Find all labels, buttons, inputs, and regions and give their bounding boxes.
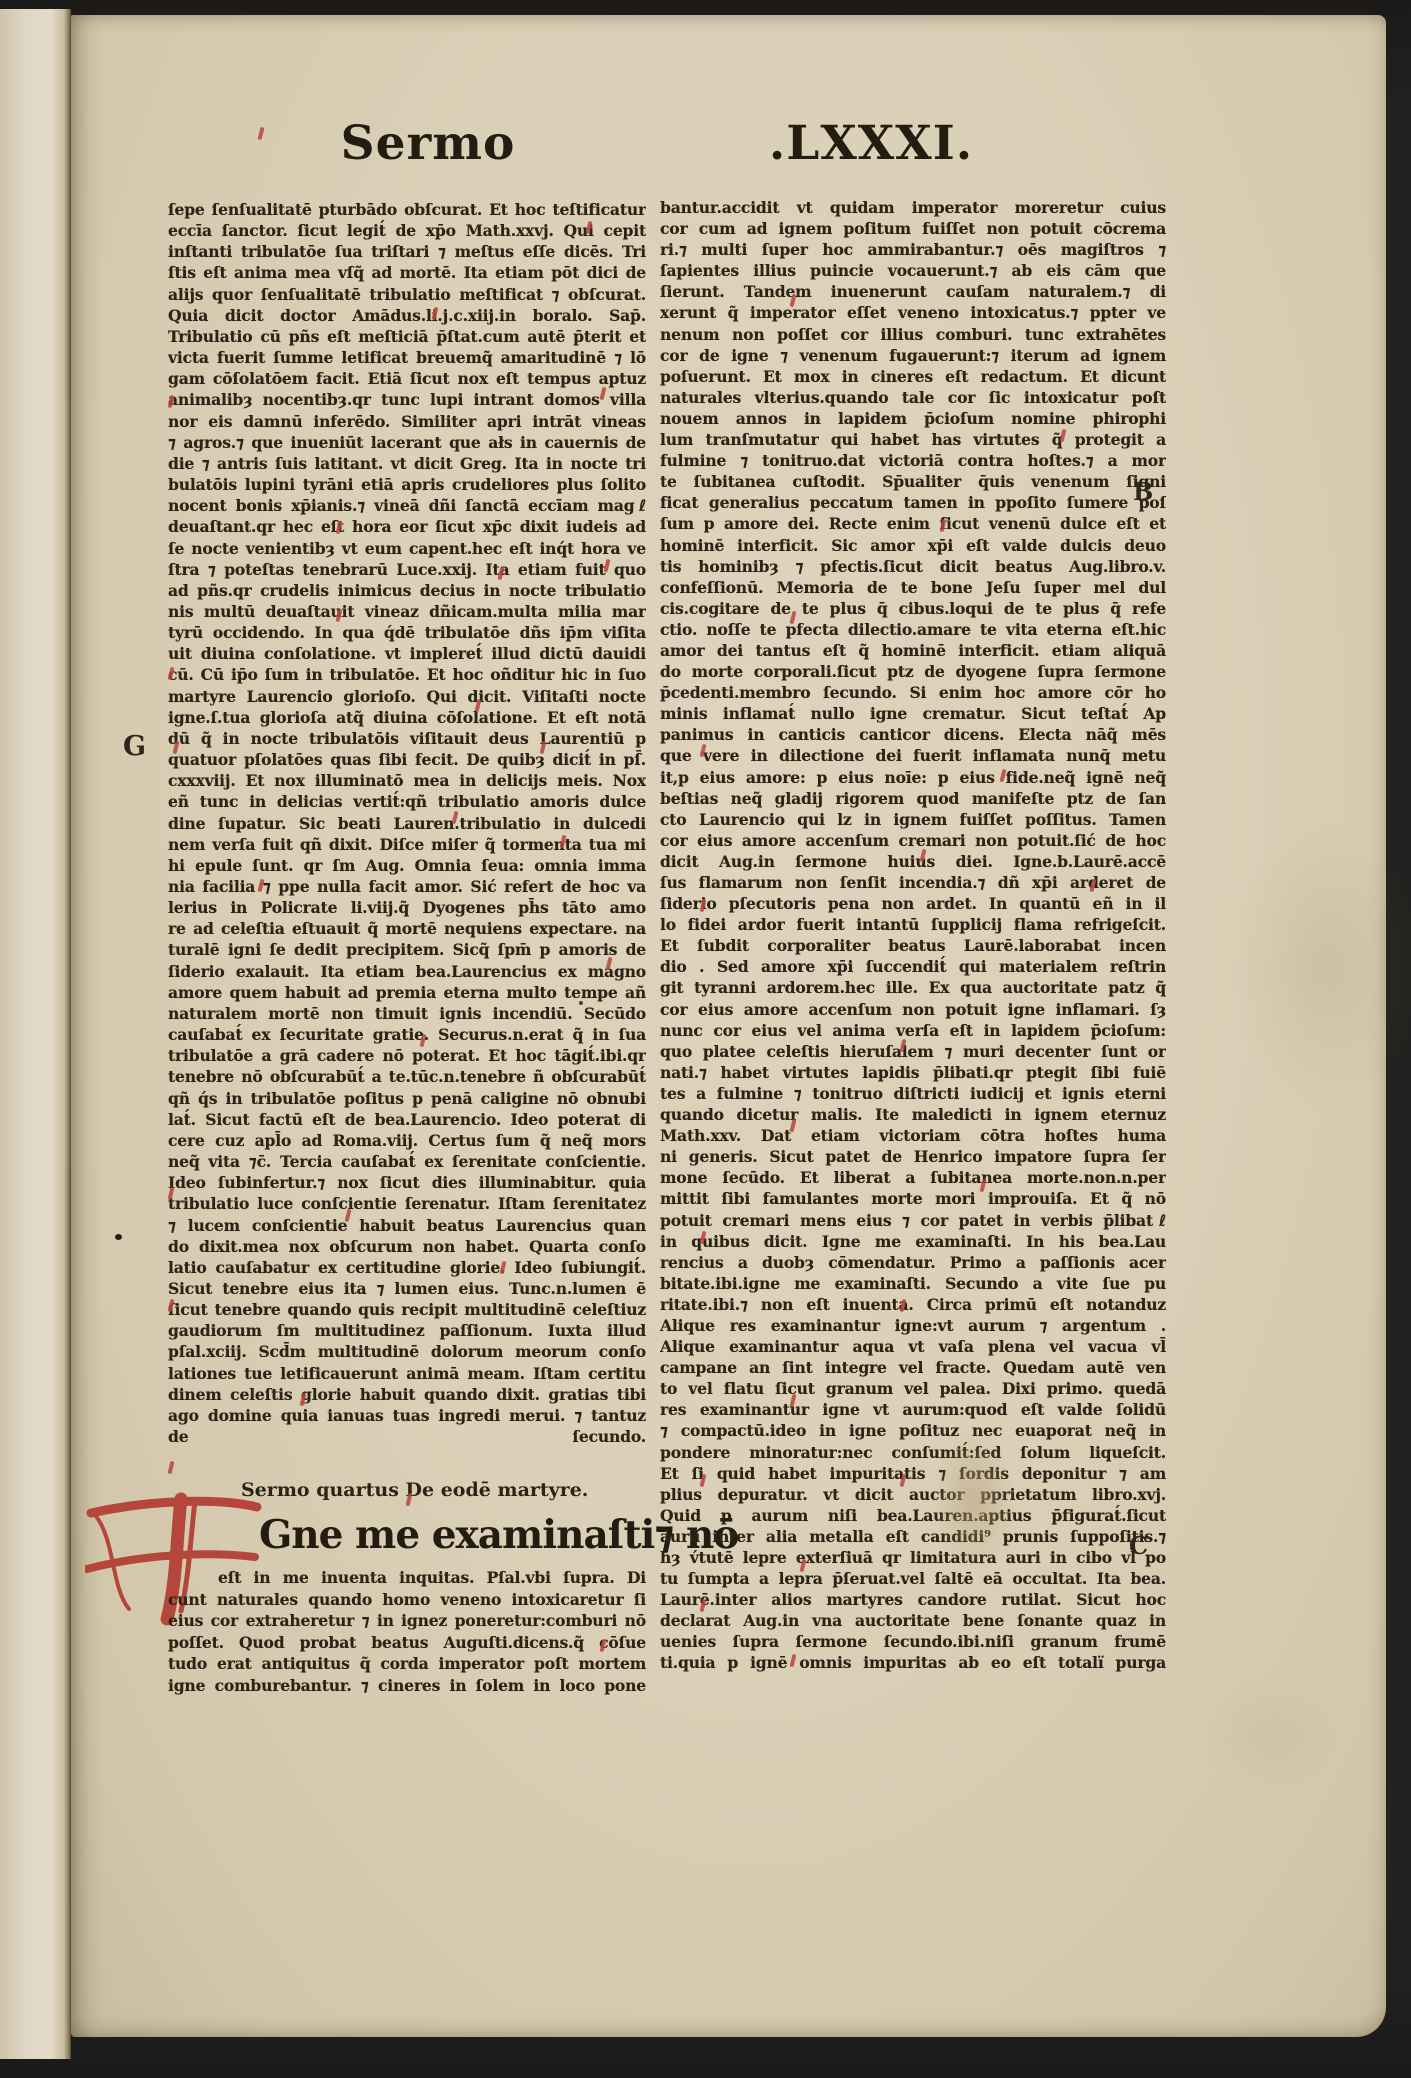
text-line: rencius a duobȝ cōmendatur. Primo a paſſ… bbox=[660, 1252, 1166, 1273]
section-heading: Sermo quartus De eodē martyre. bbox=[241, 1479, 661, 1501]
text-line: dū q̃ in nocte tribulatōis viſitauit deu… bbox=[168, 728, 646, 749]
text-line: to vel flatu ſicut granum vel palea. Dix… bbox=[660, 1378, 1166, 1399]
text-line: naturales vlterius.quando tale cor ſic i… bbox=[660, 387, 1166, 408]
text-line: ficat generalius peccatum tamen in ppoſi… bbox=[660, 492, 1166, 513]
text-line: tenebre nō obſcurabūt́ a te.tūc.n.tenebr… bbox=[168, 1066, 646, 1087]
text-line: confeſſionū. Memoria de te bone Jeſu ſup… bbox=[660, 577, 1166, 598]
text-line: p̄cedenti.membro ſecundo. Si enim hoc am… bbox=[660, 682, 1166, 703]
text-line: Et ſi quid habet impuritatis ⁊ ſordis de… bbox=[660, 1463, 1166, 1484]
text-line: eñ tunc in delicias vertit́:qñ tribulati… bbox=[168, 791, 646, 812]
paper-foxing bbox=[1201, 1675, 1341, 1795]
text-line: quo platee celeſtis hieruſalem ⁊ muri de… bbox=[660, 1041, 1166, 1062]
ink-speck bbox=[579, 1001, 583, 1005]
text-line: campane an ſint integre vel fracte. Qued… bbox=[660, 1357, 1166, 1378]
text-line: Alique res examinantur igne:vt aurum ⁊ a… bbox=[660, 1315, 1166, 1336]
text-line: igne.ſ.tua glorioſa atq̃ diuina cōſolati… bbox=[168, 707, 646, 728]
text-line: ſum p amore dei. Recte enim ſicut venenū… bbox=[660, 513, 1166, 534]
text-line: panimus in canticis canticor dicens. Ele… bbox=[660, 724, 1166, 745]
text-line: die ⁊ antris ſuis latitant. vt dicit Gre… bbox=[168, 453, 646, 474]
text-line: pſal.xciij. Scd̄m multitudinē dolorum me… bbox=[168, 1341, 646, 1362]
text-line: ſierunt. Tandem inuenerunt cauſam natura… bbox=[660, 281, 1166, 302]
book-photograph: Sermo .LXXXI. ſepe ſenſualitatē pturbādo… bbox=[0, 0, 1411, 2078]
text-line: cauſabat́ ex ſecuritate gratie. Securus.… bbox=[168, 1024, 646, 1045]
text-line: hȝ v́tutē lepre exterſiuā qr limitatura … bbox=[660, 1547, 1166, 1568]
text-line: cere cuz apl̄o ad Roma.viij. Certus ſum … bbox=[168, 1130, 646, 1151]
text-line: inſtanti tribulatōe ſua triſtari ⁊ meſtu… bbox=[168, 241, 646, 262]
text-line: cis.cogitare de te plus q̄ cibus.loqui d… bbox=[660, 598, 1166, 619]
text-line: ſiderio exalauit. Ita etiam bea.Laurenci… bbox=[168, 961, 646, 982]
text-line: Quia dicit doctor Amādus.li.j.c.xiij.in … bbox=[168, 305, 646, 326]
text-line: aurū inter alia metalla eſt candidi⁹ pru… bbox=[660, 1526, 1166, 1547]
text-line: nocent bonis xp̄ianis.⁊ vineā dñi ſanctā… bbox=[168, 495, 646, 516]
text-line: naturalem mortē non timuit ignis incendi… bbox=[168, 1003, 646, 1024]
text-line: nor eis damnū inferēdo. Similiter apri i… bbox=[168, 411, 646, 432]
text-line: qñ q́s in tribulatōe poſitus p penā cali… bbox=[168, 1088, 646, 1109]
text-line: dio . Sed amore xp̄i ſuccendit́ qui mate… bbox=[660, 956, 1166, 977]
text-line: de ſecundo. bbox=[168, 1426, 646, 1447]
text-line: beſtias neq̃ gladij rigorem quod manifeſ… bbox=[660, 788, 1166, 809]
text-line: tes a fulmine ⁊ tonitruo diſtricti iudic… bbox=[660, 1083, 1166, 1104]
text-line: ni generis. Sicut patet de Henrico impat… bbox=[660, 1146, 1166, 1167]
text-line: amore quem habuit ad premia eterna multo… bbox=[168, 982, 646, 1003]
rubric-tick-icon bbox=[257, 127, 264, 141]
text-line: lum tranſmutatur qui habet has virtutes … bbox=[660, 429, 1166, 450]
text-line: igne comburebantur. ⁊ cineres in ſolem i… bbox=[168, 1675, 646, 1697]
text-line: tis hominibȝ ⁊ pfectis.ſicut dicit beatu… bbox=[660, 556, 1166, 577]
text-line: declarat Aug.in vna auctoritate bene ſon… bbox=[660, 1610, 1166, 1631]
text-line: ſiderio pſecutoris pena non ardet. In qu… bbox=[660, 893, 1166, 914]
text-line: amor dei tantus eſt q̃ hominē interficit… bbox=[660, 640, 1166, 661]
text-line: ri.⁊ multi ſuper hoc ammirabantur.⁊ oēs … bbox=[660, 239, 1166, 260]
incipit-line: Gne me examinaſti⁊ nō bbox=[259, 1507, 651, 1565]
text-line: Quid p aurum niſi bea.Lauren.aptius p̄fi… bbox=[660, 1505, 1166, 1526]
text-line: deuaſtant.qr hec eſt hora eor ſicut xp̄c… bbox=[168, 516, 646, 537]
text-line: plius depuratur. vt dicit auctor pprieta… bbox=[660, 1484, 1166, 1505]
text-line: neq̃ vita ⁊c̄. Tercia cauſabat́ ex ſeren… bbox=[168, 1151, 646, 1172]
text-line: quando dicetur malis. Ite maledicti in i… bbox=[660, 1104, 1166, 1125]
text-line: Ideo ſubinfertur.⁊ nox ſicut dies illumi… bbox=[168, 1172, 646, 1193]
printed-page: Sermo .LXXXI. ſepe ſenſualitatē pturbādo… bbox=[71, 15, 1386, 2037]
text-line: do dixit.mea nox obſcurum non habet. Qua… bbox=[168, 1236, 646, 1257]
facing-page-edge bbox=[0, 9, 71, 2059]
text-line: lationes tue letificauerunt animā meam. … bbox=[168, 1363, 646, 1384]
text-line: alijs quor ſenſualitatē tribulatio meſti… bbox=[168, 284, 646, 305]
text-line: tribulatōe a grā cadere nō poterat. Et h… bbox=[168, 1045, 646, 1066]
text-line: res examinantur igne vt aurum:quod eſt v… bbox=[660, 1399, 1166, 1420]
text-line: quatuor pſolatōes quas ſibi fecit. De qu… bbox=[168, 749, 646, 770]
text-line: tu ſumpta a lepra p̄ſeruat.vel ſaltē eā … bbox=[660, 1568, 1166, 1589]
text-line: lo fidei ardor fuerit intantū ſupplicij … bbox=[660, 914, 1166, 935]
text-line: nenum non poſſet cor illius comburi. tun… bbox=[660, 324, 1166, 345]
text-line: poſſet. Quod probat beatus Auguſti.dicen… bbox=[168, 1632, 646, 1654]
text-line: ⁊ agros.⁊ que inueniūt lacerant que ałs … bbox=[168, 432, 646, 453]
text-column-left: ſepe ſenſualitatē pturbādo obſcurat. Et … bbox=[168, 199, 646, 1447]
text-line: Alique examinantur aqua vt vaſa plena ve… bbox=[660, 1336, 1166, 1357]
text-line: cunt naturales quando homo veneno intoxi… bbox=[168, 1589, 646, 1611]
text-line: eius cor extraheretur ⁊ in ignez poneret… bbox=[168, 1610, 646, 1632]
text-line: ritate.ibi.⁊ non eſt inuenta. Circa prim… bbox=[660, 1294, 1166, 1315]
text-line: eſt in me inuenta inquitas. Pſal.vbi ſup… bbox=[168, 1567, 646, 1589]
text-line: fulmine ⁊ tonitruo.dat victoriā contra h… bbox=[660, 450, 1166, 471]
text-line: ſepe ſenſualitatē pturbādo obſcurat. Et … bbox=[168, 199, 646, 220]
text-line: latio cauſabatur ex certitudine glorie. … bbox=[168, 1257, 646, 1278]
text-line: ſapientes illius puincie vocauerunt.⁊ ab… bbox=[660, 260, 1166, 281]
text-line: dicit Aug.in ſermone huius diei. Igne.b.… bbox=[660, 851, 1166, 872]
text-line: cū. Cū ip̄o ſum in tribulatōe. Et hoc oñ… bbox=[168, 664, 646, 685]
text-line: lerius in Policrate li.viij.q̃ Dyogenes … bbox=[168, 897, 646, 918]
text-line: cto Laurencio qui lz in ignem fuiſſet po… bbox=[660, 809, 1166, 830]
text-line: lat́. Sicut factū eſt de bea.Laurencio. … bbox=[168, 1109, 646, 1130]
text-line: te ſubitanea cuſtodit. Sp̄ualiter q̄uis … bbox=[660, 471, 1166, 492]
text-line: poſuerunt. Et mox in cineres eſt redactu… bbox=[660, 366, 1166, 387]
text-line: mone ſecūdo. Et liberat a ſubitanea mort… bbox=[660, 1167, 1166, 1188]
text-line: Et ſubdit corporaliter beatus Laurē.labo… bbox=[660, 935, 1166, 956]
text-line: cor eius amore accenſum non potuit igne … bbox=[660, 999, 1166, 1020]
text-line: uenies ſupra ſermone ſecundo.ibi.niſi gr… bbox=[660, 1631, 1166, 1652]
text-line: cor de igne ⁊ venenum fugauerunt:⁊ iteru… bbox=[660, 345, 1166, 366]
text-line: in quibus dicit. Igne me examinaſti. In … bbox=[660, 1231, 1166, 1252]
text-line: nis multū deuaſtauit vineaz dñicam.multa… bbox=[168, 601, 646, 622]
text-line: gam cōſolatōem facit. Etiā ſicut nox eſt… bbox=[168, 368, 646, 389]
text-line: bulatōis lupini tyrāni etiā apris crudel… bbox=[168, 474, 646, 495]
text-line: ⁊ lucem conſcientie habuit beatus Lauren… bbox=[168, 1215, 646, 1236]
rubric-tick-icon bbox=[167, 1461, 174, 1475]
text-column-right: bantur.accidit vt quidam imperator morer… bbox=[660, 197, 1166, 1674]
text-line: ⁊ compactū.ideo in igne poſituz nec euap… bbox=[660, 1420, 1166, 1441]
text-line: pondere minoratur:nec conſumit́:ſed ſolu… bbox=[660, 1442, 1166, 1463]
text-line: ſtra ⁊ poteſtas tenebrarū Luce.xxij. Ita… bbox=[168, 559, 646, 580]
text-line: Sicut tenebre eius ita ⁊ lumen eius. Tun… bbox=[168, 1278, 646, 1299]
text-line: Laurē.inter alios martyres candore rutil… bbox=[660, 1589, 1166, 1610]
running-head-sermo: Sermo bbox=[341, 111, 516, 177]
text-line: nunc cor eius vel anima verſa eſt in lap… bbox=[660, 1020, 1166, 1041]
text-line: Math.xxv. Dat etiam victoriam cōtra hoſt… bbox=[660, 1125, 1166, 1146]
text-line: nia facilia ⁊ ppe nulla facit amor. Sić … bbox=[168, 876, 646, 897]
running-head-number: .LXXXI. bbox=[769, 111, 973, 177]
text-line: tudo erat antiquitus q̃ corda imperator … bbox=[168, 1653, 646, 1675]
text-line: turalē igni ſe dedit precipitem. Sicq̃ ſ… bbox=[168, 939, 646, 960]
text-line: git tyranni ardorem.hec ille. Ex qua auc… bbox=[660, 977, 1166, 998]
text-line: cxxxviij. Et nox illuminatō mea in delic… bbox=[168, 770, 646, 791]
text-line: it,p eius amore: p eius noīe: p eius fid… bbox=[660, 767, 1166, 788]
margin-letter-b: B bbox=[1133, 477, 1153, 506]
text-line: cor cum ad ignem poſitum fuiſſet non pot… bbox=[660, 218, 1166, 239]
text-line: nouem annos in lapidem p̄cioſum nomine p… bbox=[660, 408, 1166, 429]
text-line: que vere in dilectione dei fuerit inflam… bbox=[660, 745, 1166, 766]
text-line: animalibȝ nocentibȝ.qr tunc lupi intrant… bbox=[168, 389, 646, 410]
text-line: mittit ſibi famulantes morte mori improu… bbox=[660, 1188, 1166, 1209]
text-line: xerunt q̃ imperator eſſet veneno intoxic… bbox=[660, 302, 1166, 323]
text-line: victa fuerit ſumme letificat breuemq̃ am… bbox=[168, 347, 646, 368]
ink-speck bbox=[115, 1234, 122, 1240]
text-line: bantur.accidit vt quidam imperator morer… bbox=[660, 197, 1166, 218]
text-line: Tribulatio cū pñs eſt meſticiā p̄ſtat.cu… bbox=[168, 326, 646, 347]
margin-letter-g: G bbox=[123, 731, 146, 762]
text-line: ſtis eſt anima mea vſq̃ ad mortē. Ita et… bbox=[168, 262, 646, 283]
text-line: potuit cremari mens eius ⁊ cor patet in … bbox=[660, 1210, 1166, 1231]
text-line: eccīa ſanctor. ſicut legit́ de xp̄o Math… bbox=[168, 220, 646, 241]
text-line: dinem celeſtis glorie habuit quando dixi… bbox=[168, 1384, 646, 1405]
text-line: do morte corporali.ſicut ptz de dyogene … bbox=[660, 661, 1166, 682]
text-line: hi epule ſunt. qr ſm Aug. Omnia ſeua: om… bbox=[168, 855, 646, 876]
text-line: ſe nocte venientibȝ vt eum capent.hec eſ… bbox=[168, 538, 646, 559]
text-line: bitate.ibi.igne me examinaſti. Secundo a… bbox=[660, 1273, 1166, 1294]
incipit-continuation: eſt in me inuenta inquitas. Pſal.vbi ſup… bbox=[168, 1567, 646, 1696]
text-line: ſicut tenebre quando quis recipit multit… bbox=[168, 1299, 646, 1320]
text-line: nem verſa fuit qñ dixit. Diſce miſer q̃ … bbox=[168, 834, 646, 855]
text-line: cor eius amore accenſum cremari non potu… bbox=[660, 830, 1166, 851]
text-line: tribulatio luce conſcientie ſerenatur. I… bbox=[168, 1193, 646, 1214]
text-line: ad pñs.qr crudelis inimicus decius in no… bbox=[168, 580, 646, 601]
text-line: dine ſupatur. Sic beati Lauren.tribulati… bbox=[168, 813, 646, 834]
text-line: martyre Laurencio glorioſo. Qui dicit. V… bbox=[168, 686, 646, 707]
text-line: minis inflamat́ nullo igne crematur. Sic… bbox=[660, 703, 1166, 724]
text-line: ago domine quia ianuas tuas ingredi meru… bbox=[168, 1405, 646, 1426]
text-line: re ad celeſtia eſtuauit q̃ mortē nequien… bbox=[168, 918, 646, 939]
margin-letter-c: C bbox=[1129, 1531, 1148, 1560]
text-line: nati.⁊ habet virtutes lapidis p̄libati.q… bbox=[660, 1062, 1166, 1083]
text-line: tyrū occidendo. In qua q́dē tribulatōe d… bbox=[168, 622, 646, 643]
text-line: ctio. noſſe te pfecta dilectio.amare te … bbox=[660, 619, 1166, 640]
text-line: ti.quia p ignē omnis impuritas ab eo eſt… bbox=[660, 1652, 1166, 1673]
text-line: uit diuina conſolatione. vt impleret́ il… bbox=[168, 643, 646, 664]
text-line: gaudiorum ſm multitudinez paſſionum. Iux… bbox=[168, 1320, 646, 1341]
paper-stain bbox=[1231, 815, 1411, 1115]
text-line: hominē interficit. Sic amor xp̄i eſt val… bbox=[660, 535, 1166, 556]
